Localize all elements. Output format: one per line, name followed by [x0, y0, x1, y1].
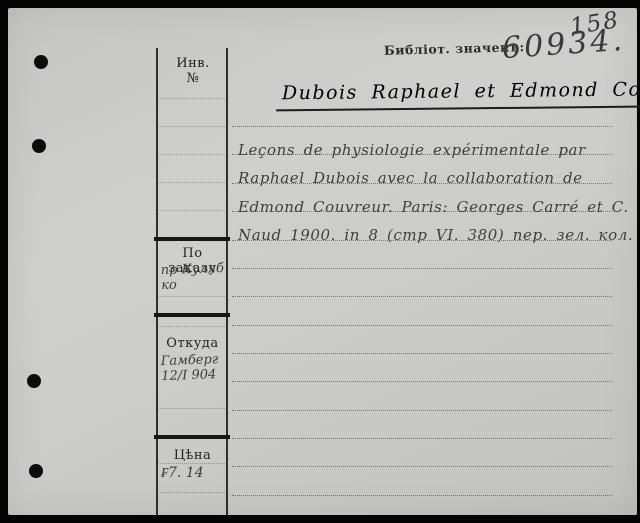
ruled-line [232, 410, 612, 411]
punch-hole [34, 55, 48, 69]
field-value-price: ₣7. 14 [161, 466, 225, 481]
column-ruled-line [158, 408, 227, 409]
field-label-price: Цѣна [158, 448, 227, 463]
field-label-price-text: Цѣна [174, 448, 212, 463]
field-label-inventory: Инв. № [168, 56, 218, 86]
body-line: Leçons de physiologie expérimentale par [238, 141, 623, 159]
ruled-line [232, 495, 612, 496]
ruled-line [232, 296, 612, 297]
body-line: Raphael Dubois avec la collaboration de [238, 169, 623, 187]
catalog-card: 158 Библіот. значекъ: 60934. Dubois Raph… [8, 8, 637, 515]
card-title: Dubois Raphael et Edmond Couvreur [276, 78, 640, 112]
library-stamp-number: 60934. [501, 23, 626, 66]
body-line: Naud 1900. in 8 (стр VI. 380) пер. зел. … [238, 226, 623, 244]
punch-hole [27, 374, 41, 388]
ruled-line [232, 325, 612, 326]
body-line: Edmond Couvreur. Paris: Georges Carré et… [238, 198, 623, 216]
section-divider-bar [154, 237, 230, 241]
punch-hole [29, 464, 43, 478]
section-divider-bar [154, 435, 230, 439]
ruled-line [232, 381, 612, 382]
field-label-inventory-text: Инв. № [176, 56, 209, 86]
ruled-line [232, 438, 612, 439]
field-value-origin: Гамберг 12/I 904 [160, 352, 225, 384]
column-ruled-line [158, 98, 227, 99]
field-label-origin-text: Откуда [166, 336, 218, 351]
ruled-line [232, 353, 612, 354]
ruled-line [232, 126, 612, 127]
column-border-right [226, 48, 228, 515]
column-border-left [156, 48, 158, 515]
field-label-origin: Откуда [158, 336, 227, 351]
column-ruled-line [158, 154, 227, 155]
column-ruled-line [158, 463, 227, 464]
ruled-line [232, 466, 612, 467]
punch-hole [32, 139, 46, 153]
column-ruled-line [158, 126, 227, 127]
column-ruled-line [158, 326, 227, 327]
column-ruled-line [158, 296, 227, 297]
section-divider-bar [154, 313, 230, 317]
column-ruled-line [158, 182, 227, 183]
column-ruled-line [158, 492, 227, 493]
ruled-line [232, 268, 612, 269]
field-value-order: пр Кулябко [160, 261, 225, 293]
column-ruled-line [158, 210, 227, 211]
